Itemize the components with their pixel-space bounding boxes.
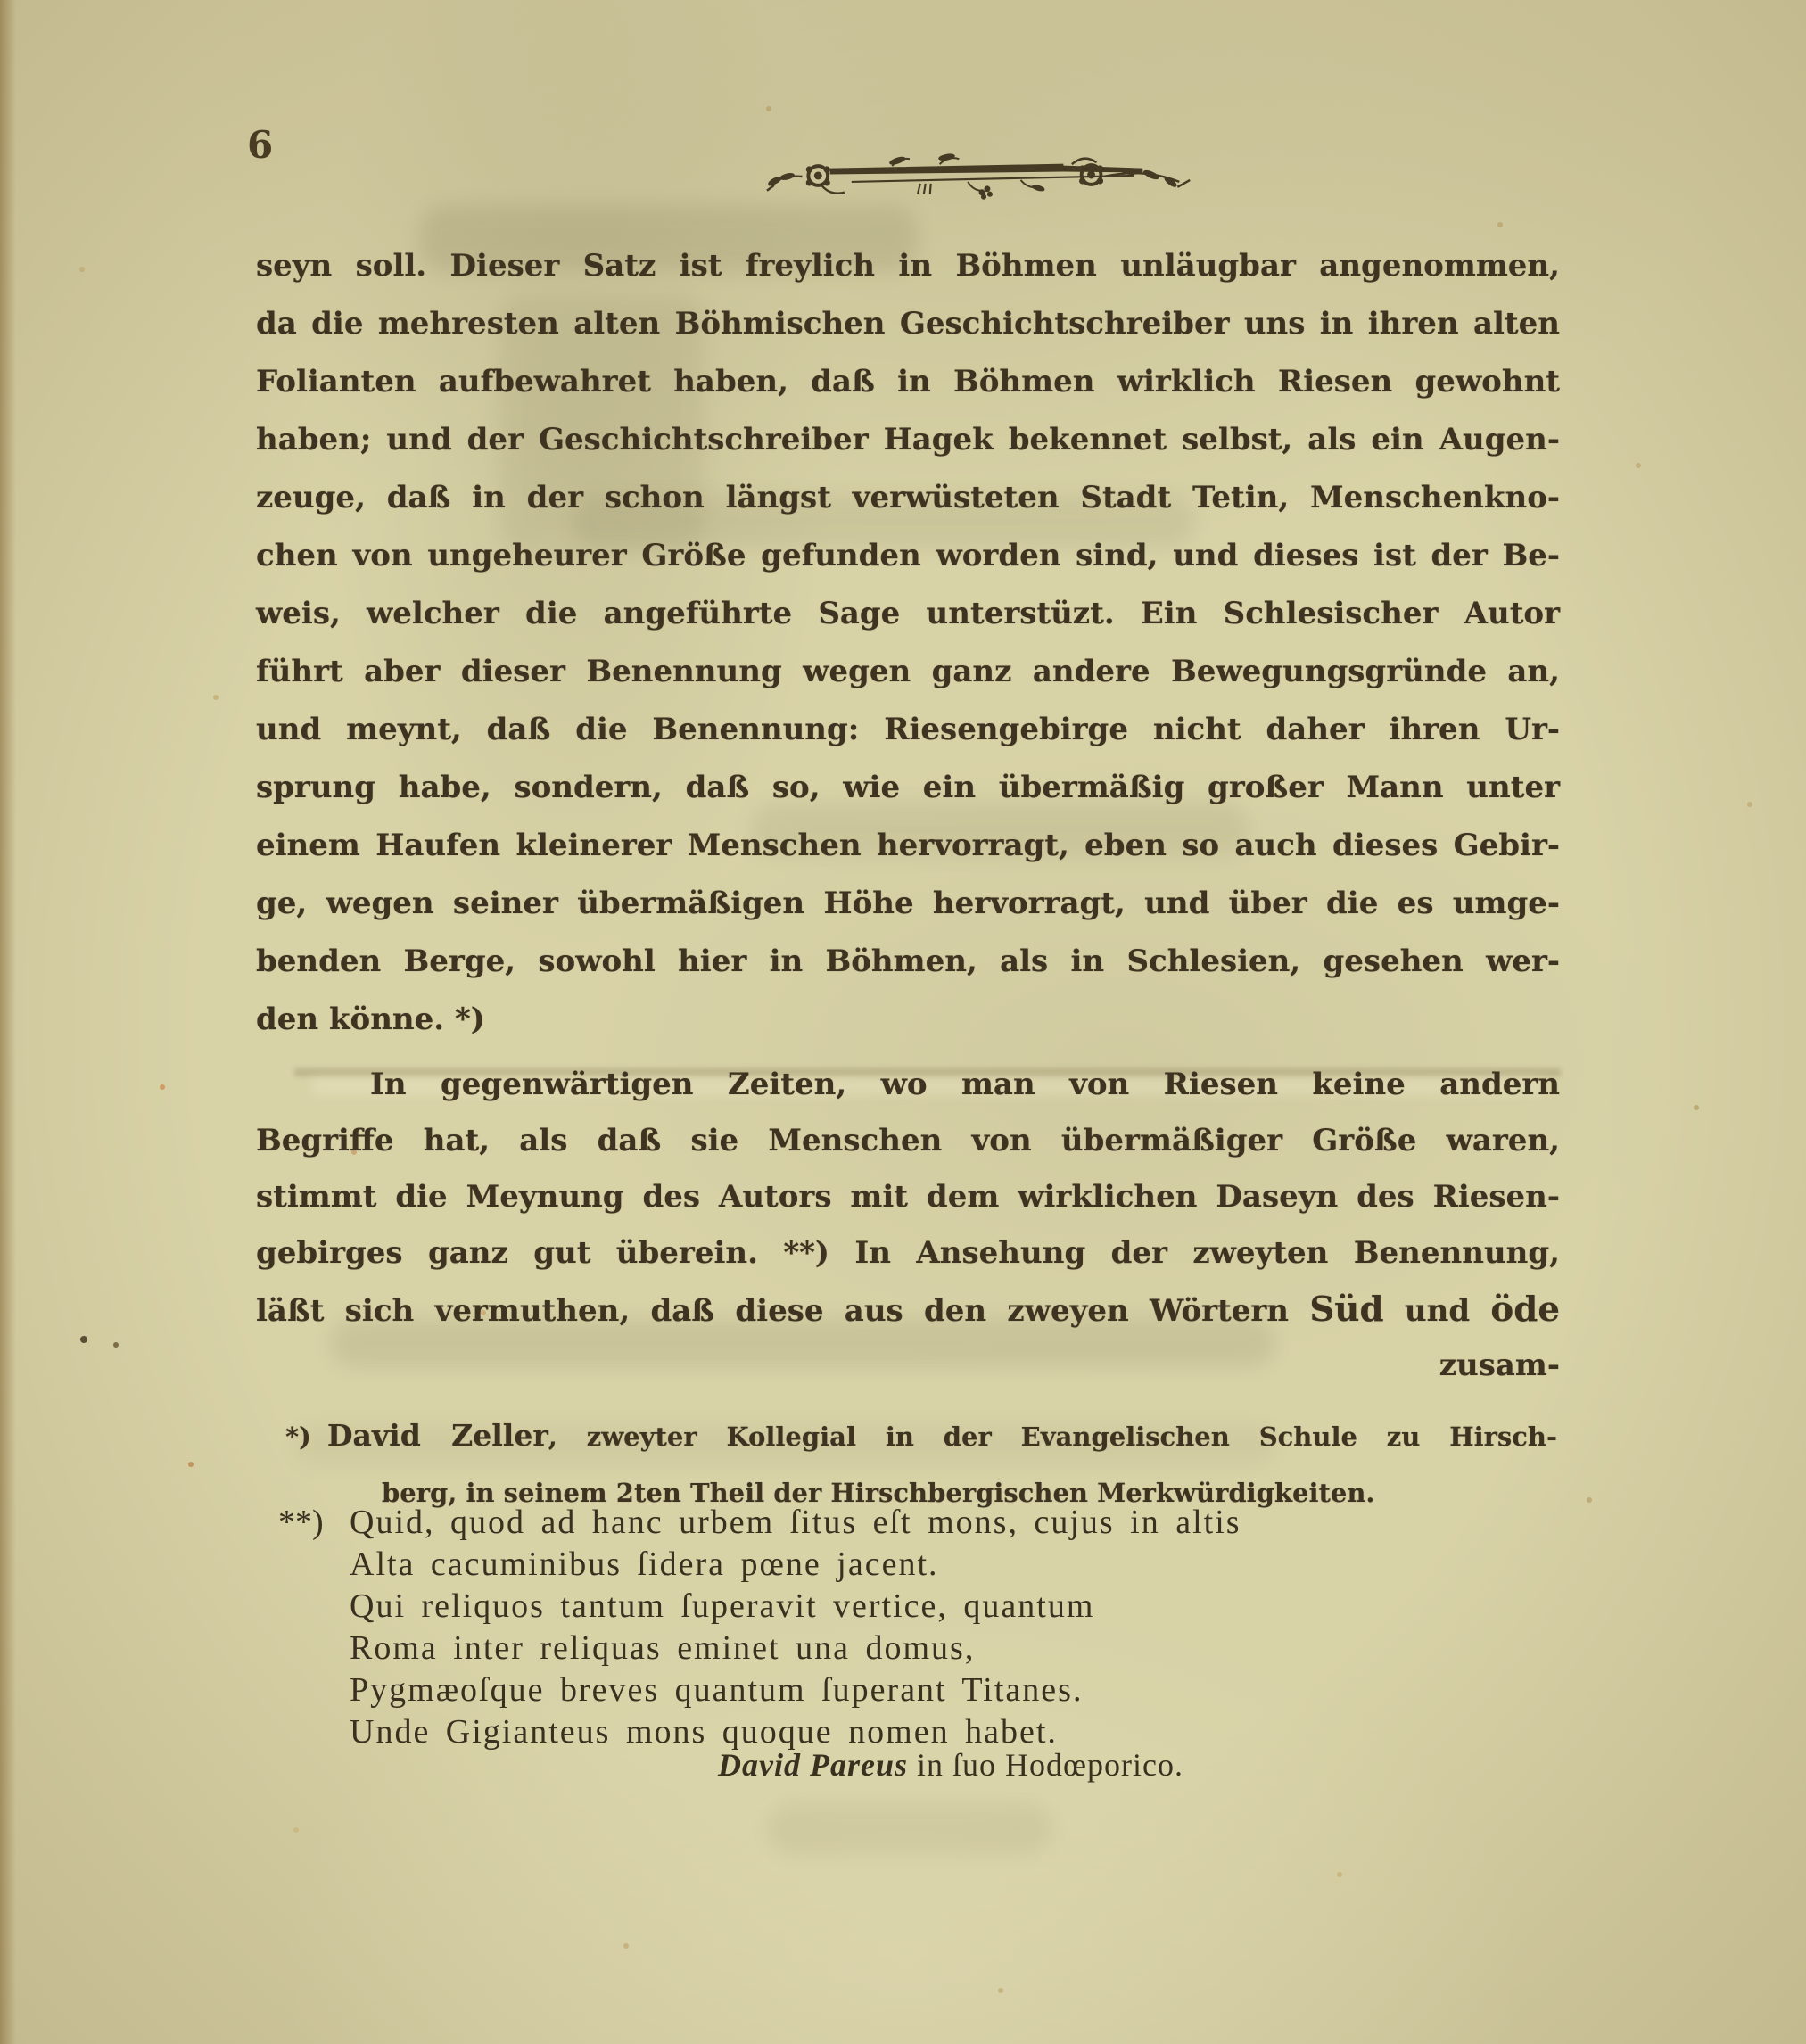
body-line-text: den könne. *): [256, 1001, 485, 1037]
body-line-text: und: [1384, 1293, 1491, 1329]
scanned-book-page: 6: [0, 0, 1806, 2044]
emphasized-word: öde: [1490, 1290, 1560, 1330]
latin-verse-text: Roma inter reliquas eminet una domus,: [350, 1629, 975, 1667]
emphasized-word: David Zeller: [327, 1418, 548, 1453]
body-line-text: führt aber dieser Benennung wegen ganz a…: [256, 654, 1560, 689]
body-line: da die mehresten alten Böhmischen Geschi…: [256, 295, 1560, 353]
paper-stain: [767, 1801, 1052, 1855]
attribution-rest: in ſuo Hodœporico.: [908, 1747, 1183, 1783]
latin-verse-text: Quid, quod ad hanc urbem ſitus eſt mons,…: [350, 1504, 1241, 1541]
footnote-asterisk-marker: *): [285, 1422, 327, 1452]
body-line-text: läßt sich vermuthen, daß diese aus den z…: [256, 1293, 1309, 1329]
body-line-text: haben; und der Geschichtschreiber Hagek …: [256, 422, 1560, 457]
floral-rule-ornament-icon: [763, 139, 1204, 210]
footnote-line: *)David Zeller, zweyter Kollegial in der…: [285, 1406, 1557, 1464]
body-line: einem Haufen kleinerer Menschen hervorra…: [256, 817, 1560, 875]
body-line-text: benden Berge, sowohl hier in Böhmen, als…: [256, 944, 1560, 979]
body-line: den könne. *): [256, 991, 1560, 1049]
attribution: David Pareus in ſuo Hodœporico.: [718, 1746, 1521, 1784]
body-line: gebirges ganz gut überein. **) In Ansehu…: [256, 1225, 1560, 1282]
emphasized-word: Süd: [1309, 1290, 1383, 1330]
body-line-text: In gegenwärtigen Zeiten, wo man von Ries…: [370, 1067, 1560, 1102]
attribution-author: David Pareus: [718, 1747, 908, 1783]
body-line: läßt sich vermuthen, daß diese aus den z…: [256, 1282, 1560, 1338]
body-line: Folianten aufbewahret haben, daß in Böhm…: [256, 353, 1560, 411]
body-line: sprung habe, sondern, daß so, wie ein üb…: [256, 759, 1560, 817]
body-line-text: da die mehresten alten Böhmischen Geschi…: [256, 306, 1560, 342]
body-line-text: Folianten aufbewahret haben, daß in Böhm…: [256, 364, 1560, 400]
body-line-text: ge, wegen seiner übermäßigen Höhe hervor…: [256, 886, 1560, 921]
body-line-text: chen von ungeheurer Größe gefunden worde…: [256, 538, 1560, 573]
paper-speckles: [0, 0, 4, 4]
footnote-line-text: , zweyter Kollegial in der Evangelischen…: [548, 1422, 1557, 1452]
body-line-text: zeuge, daß in der schon längst verwüstet…: [256, 480, 1560, 515]
body-line: stimmt die Meynung des Autors mit dem wi…: [256, 1169, 1560, 1225]
catchword: zusam-: [256, 1338, 1560, 1393]
page-number: 6: [247, 123, 273, 167]
latin-verse-line: Roma inter reliquas eminet una domus,: [278, 1628, 1527, 1669]
latin-verse-text: Qui reliquos tantum ſuperavit vertice, q…: [350, 1587, 1094, 1625]
body-line-text: sprung habe, sondern, daß so, wie ein üb…: [256, 770, 1560, 805]
body-paragraph-2: In gegenwärtigen Zeiten, wo man von Ries…: [256, 1057, 1560, 1393]
body-line: führt aber dieser Benennung wegen ganz a…: [256, 643, 1560, 701]
body-line-text: stimmt die Meynung des Autors mit dem wi…: [256, 1179, 1560, 1215]
latin-verse-line: Pygmæoſque breves quantum ſuperant Titan…: [278, 1669, 1527, 1711]
body-line-text: einem Haufen kleinerer Menschen hervorra…: [256, 828, 1560, 863]
footnote-double-asterisk-marker: **): [278, 1502, 350, 1544]
latin-verse-line: Qui reliquos tantum ſuperavit vertice, q…: [278, 1586, 1527, 1628]
body-line: haben; und der Geschichtschreiber Hagek …: [256, 411, 1560, 469]
body-paragraph-1: seyn soll. Dieser Satz ist freylich in B…: [256, 237, 1560, 1049]
body-line: chen von ungeheurer Größe gefunden worde…: [256, 527, 1560, 585]
page-left-edge: [0, 0, 16, 2044]
latin-verse-text: Unde Gigianteus mons quoque nomen habet.: [350, 1713, 1058, 1751]
latin-verse-line: Alta cacuminibus ſidera pœne jacent.: [278, 1544, 1527, 1586]
body-line: ge, wegen seiner übermäßigen Höhe hervor…: [256, 875, 1560, 933]
body-line: benden Berge, sowohl hier in Böhmen, als…: [256, 933, 1560, 991]
body-line-text: seyn soll. Dieser Satz ist freylich in B…: [256, 248, 1560, 284]
latin-verse-text: Alta cacuminibus ſidera pœne jacent.: [350, 1545, 939, 1583]
latin-verse-text: Pygmæoſque breves quantum ſuperant Titan…: [350, 1671, 1083, 1709]
body-line: seyn soll. Dieser Satz ist freylich in B…: [256, 237, 1560, 295]
body-line-text: Begriffe hat, als daß sie Menschen von ü…: [256, 1123, 1560, 1158]
body-line: zeuge, daß in der schon längst verwüstet…: [256, 469, 1560, 527]
body-line: In gegenwärtigen Zeiten, wo man von Ries…: [256, 1057, 1560, 1113]
latin-verse-line: **)Quid, quod ad hanc urbem ſitus eſt mo…: [278, 1502, 1527, 1544]
body-line-text: gebirges ganz gut überein. **) In Ansehu…: [256, 1235, 1560, 1271]
body-line: und meynt, daß die Benennung: Riesengebi…: [256, 701, 1560, 759]
body-line: weis, welcher die angeführte Sage unters…: [256, 585, 1560, 643]
body-line-text: und meynt, daß die Benennung: Riesengebi…: [256, 712, 1560, 747]
footnote-2: **)Quid, quod ad hanc urbem ſitus eſt mo…: [278, 1502, 1527, 1753]
body-line: Begriffe hat, als daß sie Menschen von ü…: [256, 1113, 1560, 1169]
body-line-text: weis, welcher die angeführte Sage unters…: [256, 596, 1560, 631]
